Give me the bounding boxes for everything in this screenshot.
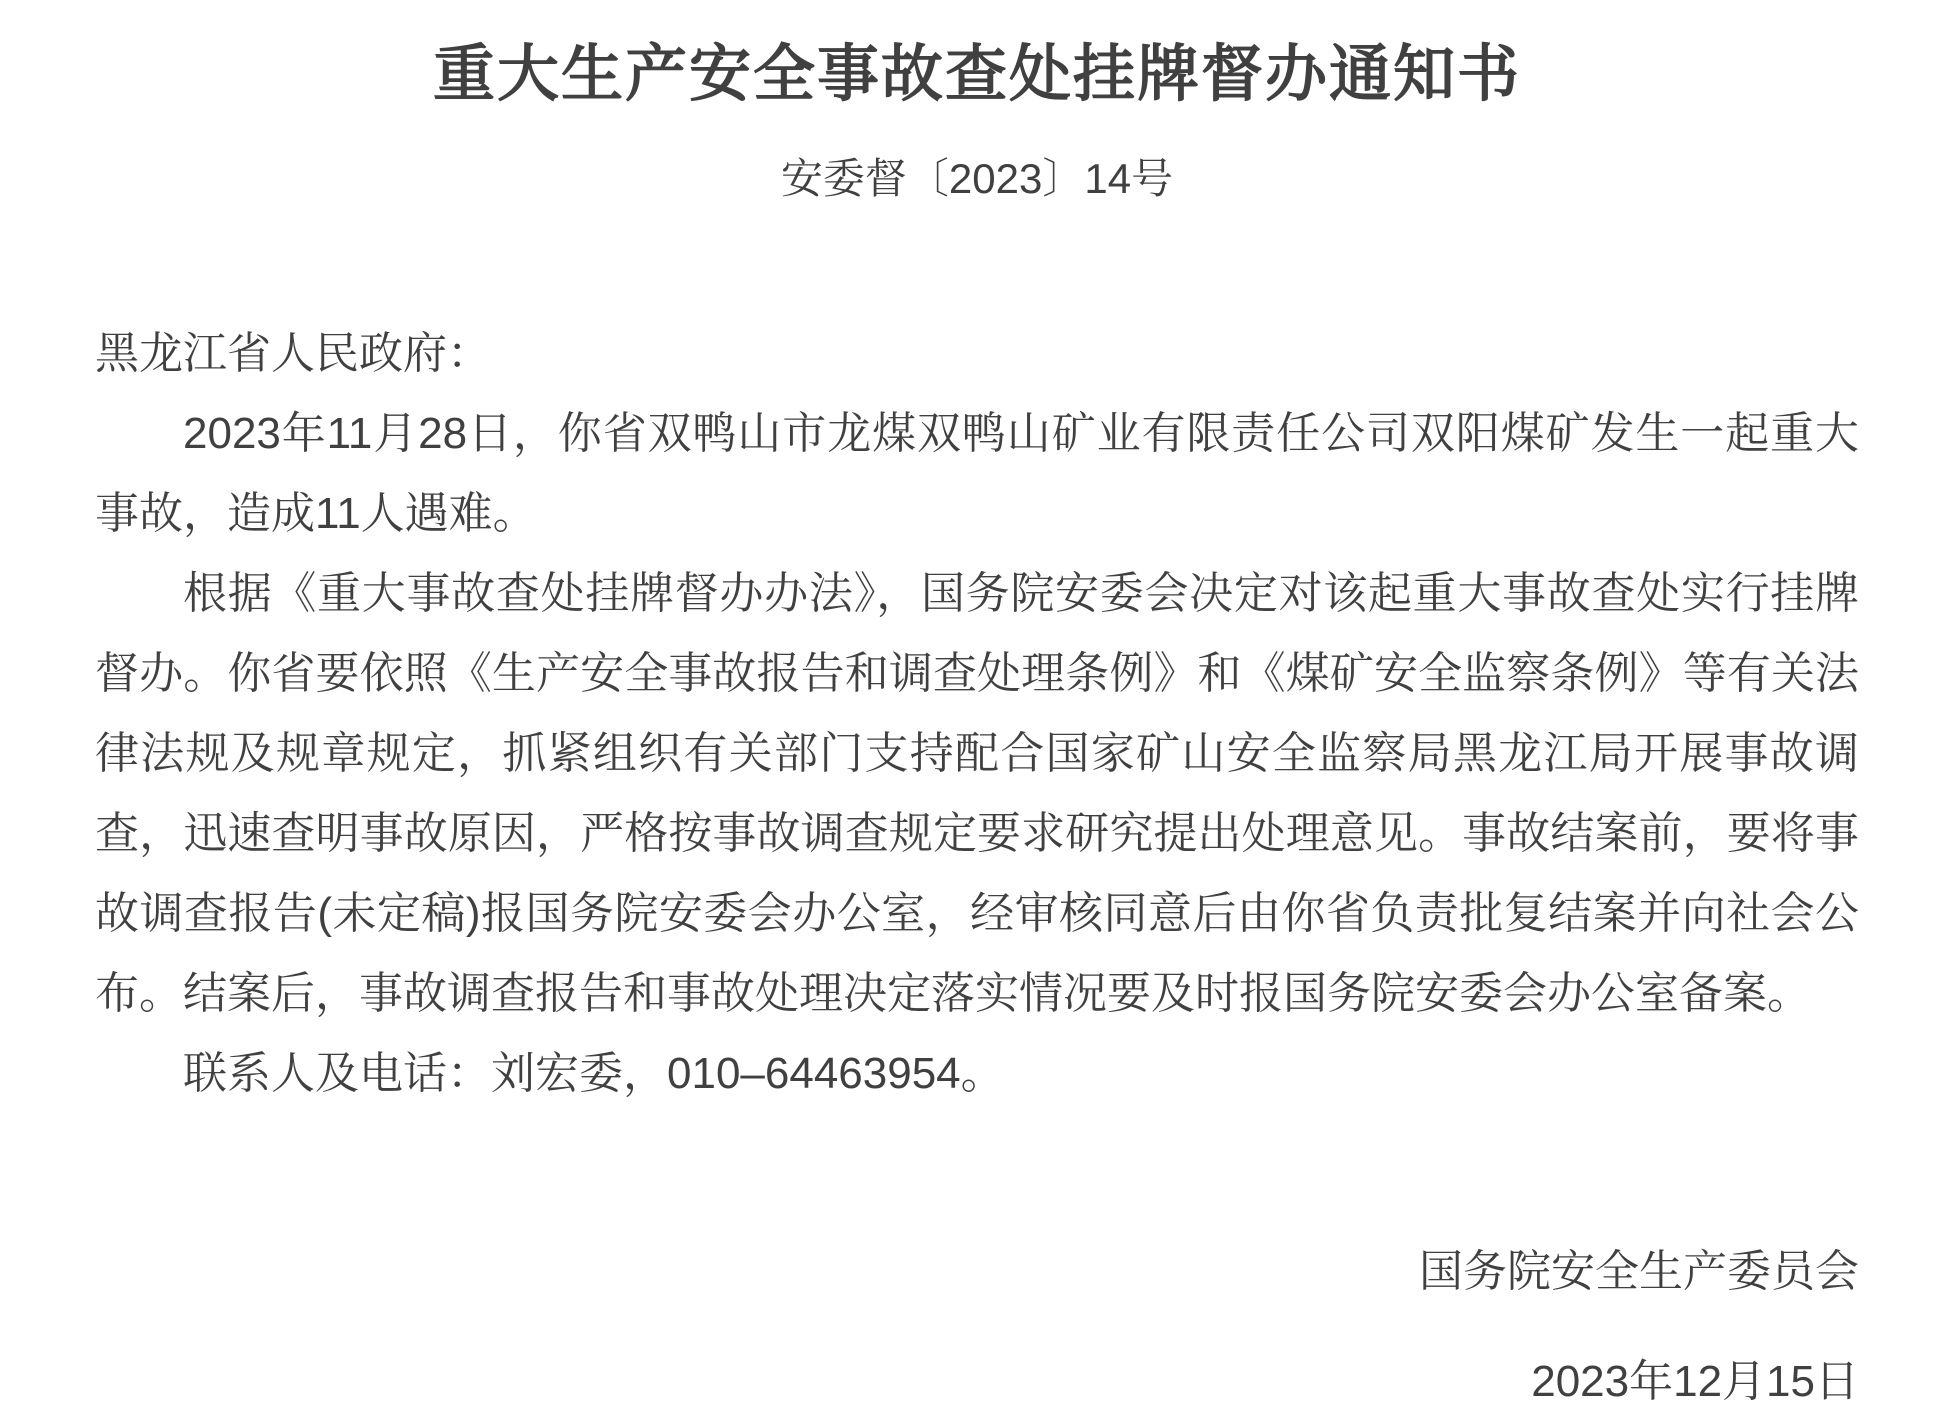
paragraph-contact: 联系人及电话：刘宏委，010–64463954。 — [95, 1034, 1859, 1114]
issuing-organization: 国务院安全生产委员会 — [95, 1232, 1859, 1312]
document-number: 安委督〔2023〕14号 — [95, 154, 1859, 204]
document-title: 重大生产安全事故查处挂牌督办通知书 — [95, 36, 1859, 114]
paragraph-directive: 根据《重大事故查处挂牌督办办法》，国务院安委会决定对该起重大事故查处实行挂牌督办… — [95, 554, 1859, 1034]
document-body: 黑龙江省人民政府： 2023年11月28日，你省双鸭山市龙煤双鸭山矿业有限责任公… — [95, 314, 1859, 1114]
notice-document: 重大生产安全事故查处挂牌督办通知书 安委督〔2023〕14号 黑龙江省人民政府：… — [0, 0, 1944, 1414]
issue-date: 2023年12月15日 — [95, 1342, 1859, 1414]
paragraph-accident: 2023年11月28日，你省双鸭山市龙煤双鸭山矿业有限责任公司双阳煤矿发生一起重… — [95, 394, 1859, 554]
salutation-line: 黑龙江省人民政府： — [95, 314, 1859, 394]
signature-block: 国务院安全生产委员会 2023年12月15日 — [95, 1232, 1859, 1414]
